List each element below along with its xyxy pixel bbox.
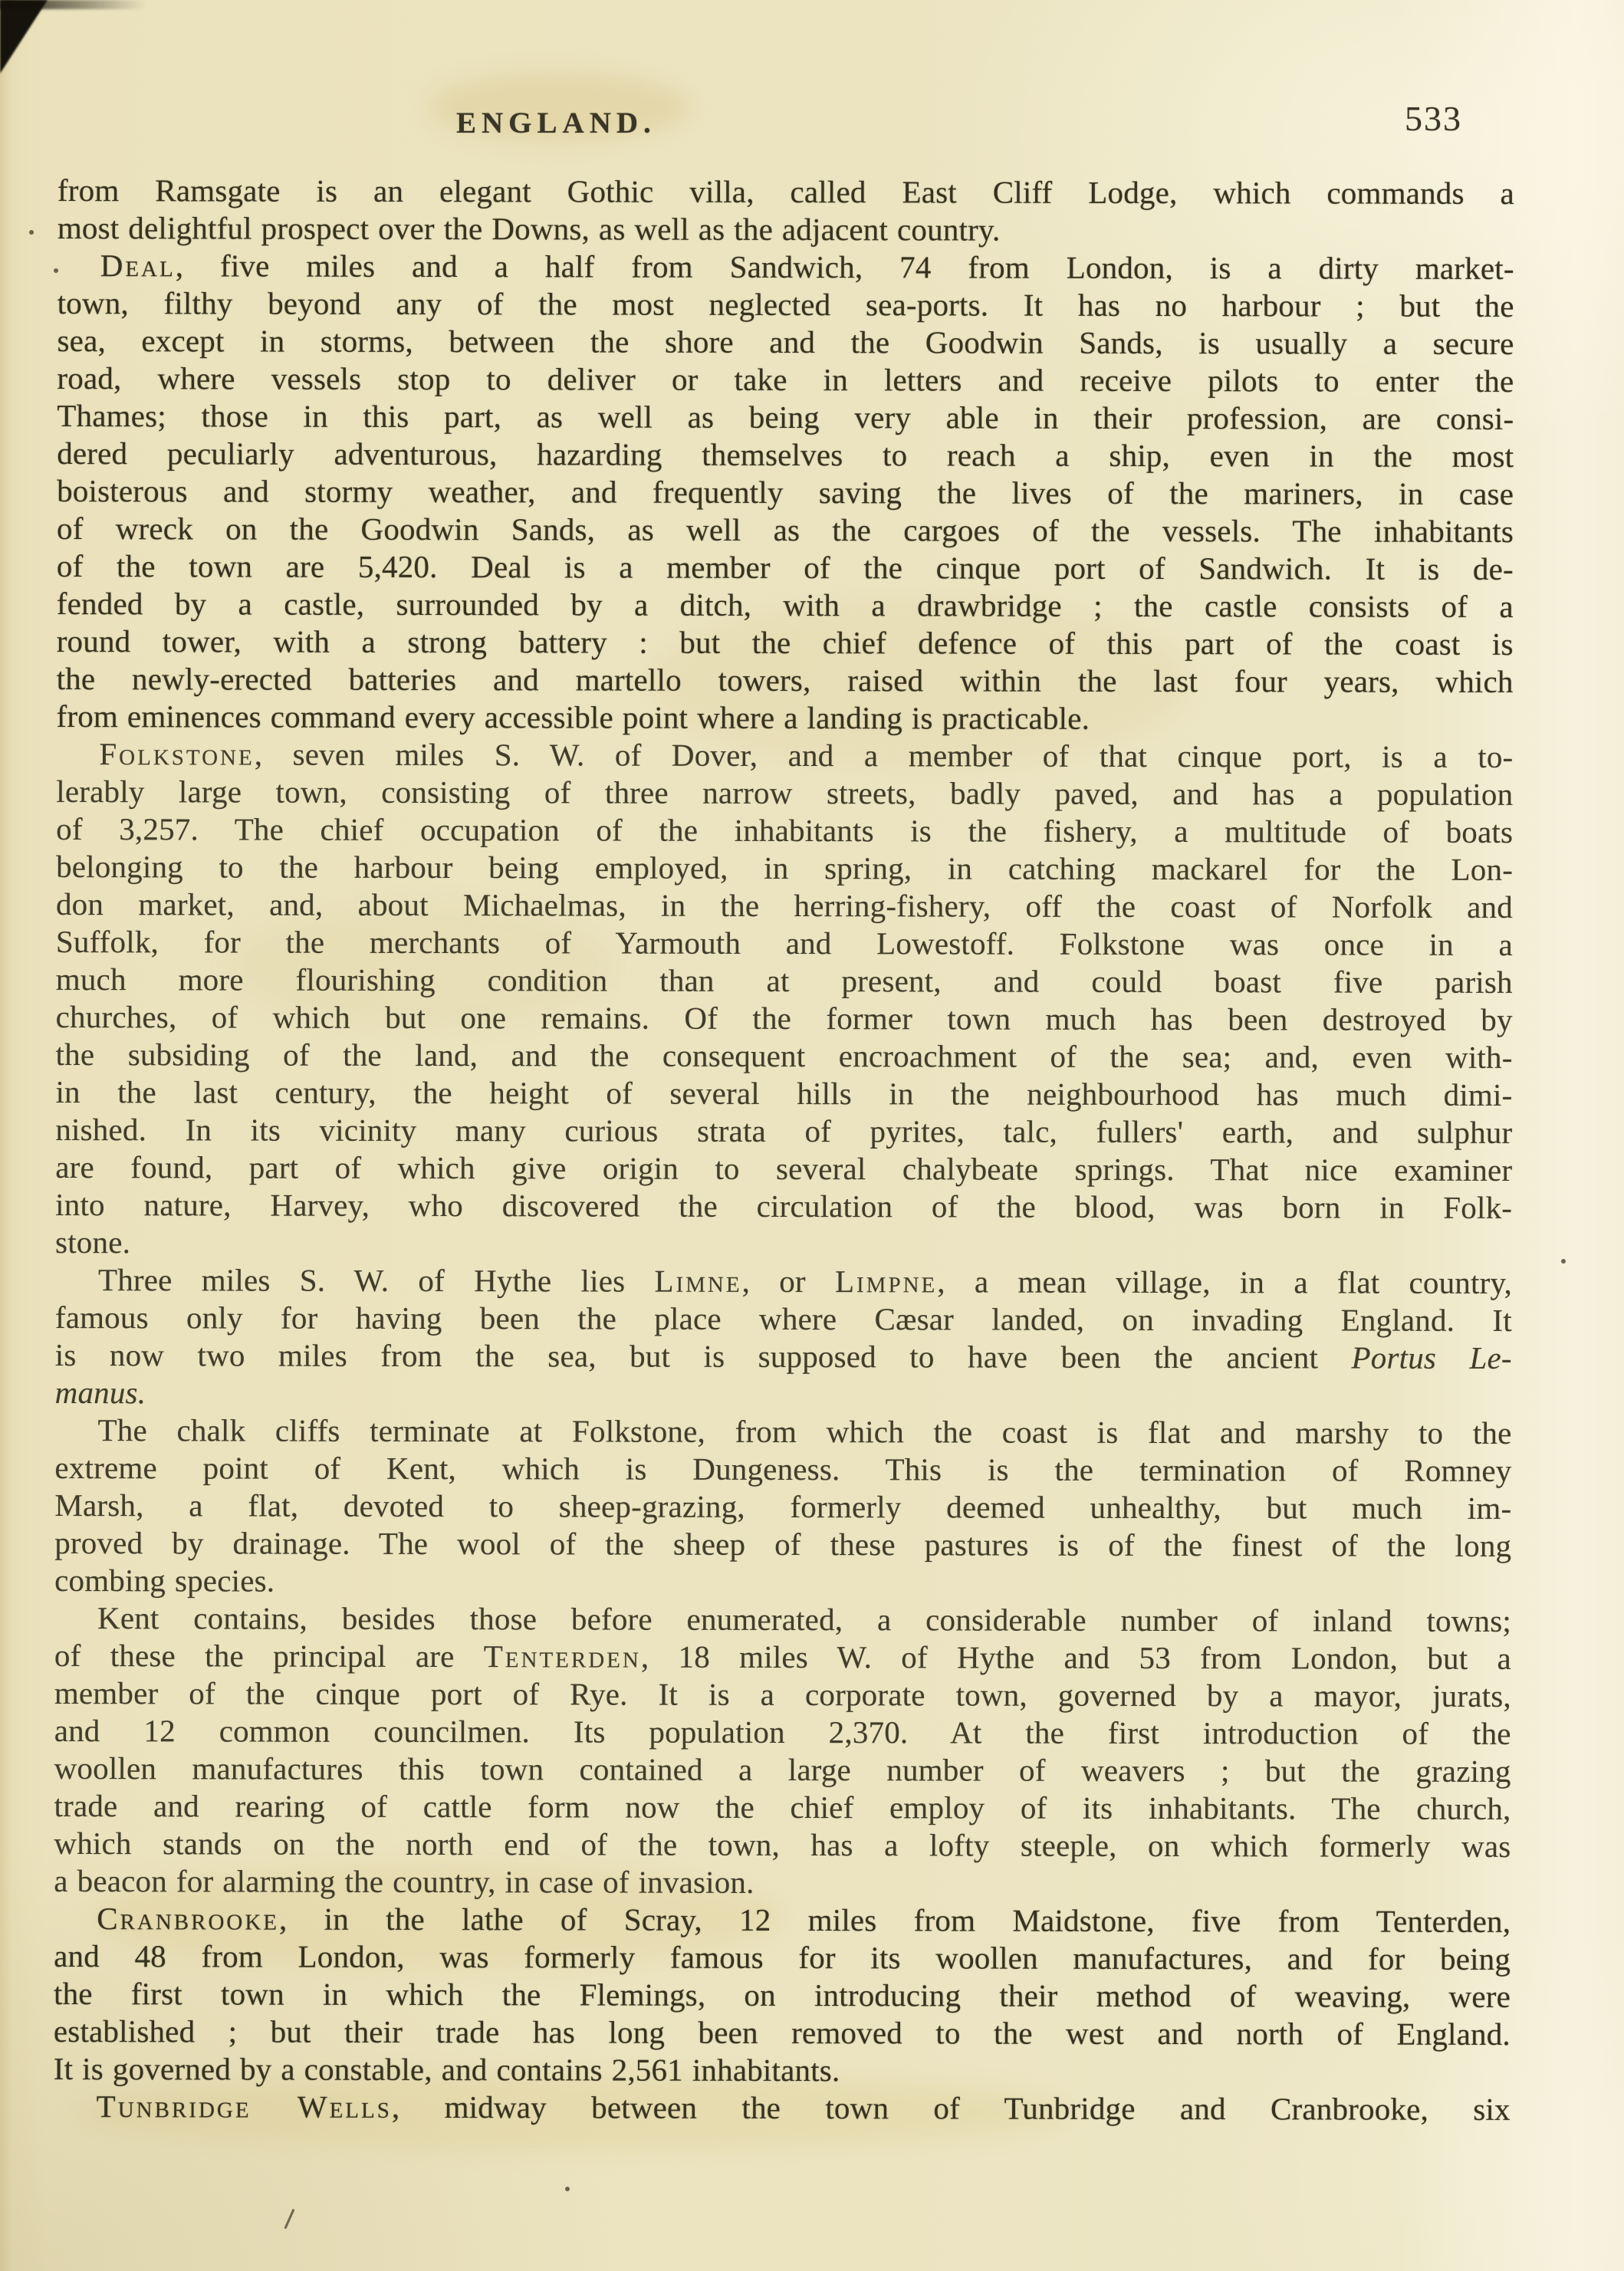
text-line: from Ramsgate is an elegant Gothic villa… [58, 172, 1514, 212]
body-text: sea, except in storms, between the shore… [57, 323, 1514, 361]
body-text: , five miles and a half from Sandwich, 7… [176, 248, 1514, 286]
text-line: from eminences command every accessible … [56, 698, 1513, 738]
text-line: lerably large town, consisting of three … [56, 773, 1513, 813]
text-line: are found, part of which give origin to … [55, 1149, 1512, 1189]
ink-speck [565, 2187, 570, 2191]
body-text: combing species. [54, 1563, 275, 1599]
scanned-book-page: ENGLAND. 533 from Ramsgate is an elegant… [0, 0, 1624, 2271]
body-text: into nature, Harvey, who discovered the … [55, 1187, 1512, 1225]
body-text: , a mean village, in a flat country, [937, 1264, 1512, 1300]
smallcaps-text: Tenterden [484, 1638, 641, 1674]
text-line: round tower, with a strong battery : but… [57, 623, 1514, 663]
body-text: fended by a castle, surrounded by a ditc… [57, 586, 1514, 624]
text-line: extreme point of Kent, which is Dungenes… [54, 1449, 1511, 1490]
paragraph: Three miles S. W. of Hythe lies Limne, o… [55, 1261, 1512, 1415]
body-text: member of the cinque port of Rye. It is … [54, 1675, 1511, 1714]
text-line: established ; but their trade has long b… [54, 2013, 1511, 2053]
text-line: of these the principal are Tenterden, 18… [54, 1637, 1511, 1678]
text-line: proved by drainage. The wool of the shee… [54, 1524, 1511, 1565]
body-text: famous only for having been the place wh… [55, 1300, 1512, 1338]
text-line: sea, except in storms, between the shore… [57, 322, 1514, 363]
body-text: belonging to the harbour being employed,… [56, 849, 1513, 887]
text-line: much more flourishing condition than at … [56, 961, 1513, 1001]
text-line: manus. [55, 1374, 1512, 1415]
page-number: 533 [1405, 98, 1462, 139]
text-line: boisterous and stormy weather, and frequ… [57, 472, 1514, 513]
text-line: Suffolk, for the merchants of Yarmouth a… [56, 923, 1513, 964]
body-text: the subsiding of the land, and the conse… [56, 1037, 1513, 1075]
text-line: member of the cinque port of Rye. It is … [54, 1674, 1511, 1715]
text-line: combing species. [54, 1562, 1511, 1602]
body-text: the first town in which the Flemings, on… [54, 1976, 1511, 2014]
body-text: a beacon for alarming the country, in ca… [54, 1863, 754, 1900]
text-line: the first town in which the Flemings, on… [54, 1975, 1511, 2016]
body-text: , in the lathe of Scray, 12 miles from M… [279, 1901, 1511, 1939]
body-text: boisterous and stormy weather, and frequ… [57, 473, 1514, 511]
body-text: and 12 common councilmen. Its population… [54, 1713, 1511, 1751]
paragraph: Kent contains, besides those before enum… [54, 1599, 1511, 1903]
scan-corner-shadow [0, 0, 48, 74]
body-text: much more flourishing condition than at … [56, 961, 1513, 1000]
running-title: ENGLAND. [456, 106, 656, 140]
body-text: round tower, with a strong battery : but… [57, 623, 1514, 662]
body-text: Three miles S. W. of Hythe lies [98, 1262, 655, 1299]
body-text: It is governed by a constable, and conta… [54, 2051, 840, 2088]
italic-text: Portus Le- [1351, 1340, 1511, 1375]
text-line: stone. [55, 1224, 1512, 1264]
smallcaps-text: Limpne [835, 1264, 937, 1299]
body-text: don market, and, about Michaelmas, in th… [56, 886, 1513, 925]
body-text: of the town are 5,420. Deal is a member … [57, 548, 1514, 587]
body-text: lerably large town, consisting of three … [56, 774, 1513, 812]
text-line: nished. In its vicinity many curious str… [55, 1111, 1512, 1152]
text-line: Thames; those in this part, as well as b… [57, 397, 1514, 438]
body-text: road, where vessels stop to deliver or t… [57, 360, 1514, 399]
body-text: , midway between the town of Tunbridge a… [392, 2089, 1511, 2127]
smallcaps-text: Cranbrooke [97, 1901, 279, 1936]
text-line: famous only for having been the place wh… [55, 1299, 1512, 1339]
body-text: established ; but their trade has long b… [54, 2013, 1511, 2052]
text-line: which stands on the north end of the tow… [54, 1825, 1511, 1865]
body-text: , 18 miles W. of Hythe and 53 from Londo… [641, 1639, 1511, 1676]
text-line: road, where vessels stop to deliver or t… [57, 360, 1514, 400]
italic-text: manus. [55, 1375, 146, 1410]
body-text: in the last century, the height of sever… [55, 1074, 1512, 1112]
text-line: woollen manufactures this town contained… [54, 1750, 1511, 1790]
text-line: Cranbrooke, in the lathe of Scray, 12 mi… [54, 1900, 1511, 1941]
text-line: most delightful prospect over the Downs,… [58, 209, 1514, 250]
body-text: extreme point of Kent, which is Dungenes… [54, 1450, 1511, 1488]
text-line: of 3,257. The chief occupation of the in… [56, 810, 1513, 851]
text-line: is now two miles from the sea, but is su… [55, 1336, 1512, 1377]
text-line: It is governed by a constable, and conta… [54, 2050, 1511, 2091]
paragraph: from Ramsgate is an elegant Gothic villa… [58, 172, 1514, 250]
body-text: , seven miles S. W. of Dover, and a memb… [255, 737, 1514, 774]
text-line: and 12 common councilmen. Its population… [54, 1712, 1511, 1753]
page-text: from Ramsgate is an elegant Gothic villa… [54, 172, 1514, 2128]
text-line: don market, and, about Michaelmas, in th… [56, 886, 1513, 926]
text-line: the newly-erected batteries and martello… [57, 660, 1514, 701]
body-text: , or [742, 1264, 835, 1299]
body-text: trade and rearing of cattle form now the… [54, 1788, 1511, 1826]
body-text: dered peculiarly adventurous, hazarding … [57, 435, 1514, 474]
text-line: in the last century, the height of sever… [55, 1073, 1512, 1114]
body-text: town, filthy beyond any of the most negl… [58, 285, 1514, 324]
text-line: the subsiding of the land, and the conse… [56, 1036, 1513, 1076]
text-line: a beacon for alarming the country, in ca… [54, 1862, 1511, 1903]
paragraph: Cranbrooke, in the lathe of Scray, 12 mi… [54, 1900, 1511, 2091]
text-line: belonging to the harbour being employed,… [56, 848, 1513, 889]
smallcaps-text: Folkstone [99, 736, 254, 771]
body-text: which stands on the north end of the tow… [54, 1826, 1511, 1864]
body-text: most delightful prospect over the Downs,… [58, 210, 1001, 248]
text-line: Three miles S. W. of Hythe lies Limne, o… [55, 1261, 1512, 1302]
text-line: fended by a castle, surrounded by a ditc… [57, 585, 1514, 626]
text-line: into nature, Harvey, who discovered the … [55, 1186, 1512, 1227]
body-text: the newly-erected batteries and martello… [57, 661, 1514, 699]
text-line: town, filthy beyond any of the most negl… [58, 284, 1514, 325]
body-text: churches, of which but one remains. Of t… [56, 999, 1513, 1037]
ink-speck [1561, 1259, 1566, 1264]
ink-speck [284, 2209, 294, 2230]
text-line: Folkstone, seven miles S. W. of Dover, a… [56, 735, 1513, 776]
body-text: from eminences command every accessible … [56, 698, 1090, 736]
text-line: churches, of which but one remains. Of t… [56, 998, 1513, 1039]
text-line: Kent contains, besides those before enum… [54, 1599, 1511, 1640]
body-text: Kent contains, besides those before enum… [97, 1600, 1511, 1638]
text-line: of wreck on the Goodwin Sands, as well a… [57, 510, 1514, 550]
body-text: The chalk cliffs terminate at Folkstone,… [98, 1412, 1512, 1451]
text-line: Deal, five miles and a half from Sandwic… [58, 247, 1514, 288]
body-text: proved by drainage. The wool of the shee… [54, 1525, 1511, 1563]
text-line: Tunbridge Wells, midway between the town… [54, 2088, 1511, 2128]
smallcaps-text: Limne [654, 1264, 741, 1299]
smallcaps-text: Deal [100, 248, 176, 283]
paragraph: Tunbridge Wells, midway between the town… [54, 2088, 1511, 2128]
body-text: of wreck on the Goodwin Sands, as well a… [57, 511, 1514, 549]
paragraph: Deal, five miles and a half from Sandwic… [56, 247, 1514, 738]
body-text: of 3,257. The chief occupation of the in… [56, 811, 1513, 850]
page-header: ENGLAND. 533 [58, 98, 1514, 152]
body-text: is now two miles from the sea, but is su… [55, 1337, 1352, 1375]
paragraph: The chalk cliffs terminate at Folkstone,… [54, 1412, 1512, 1602]
body-text: Thames; those in this part, as well as b… [57, 398, 1514, 436]
body-text: and 48 from London, was formerly famous … [54, 1938, 1511, 1977]
body-text: stone. [55, 1224, 130, 1260]
text-line: and 48 from London, was formerly famous … [54, 1937, 1511, 1978]
text-line: Marsh, a flat, devoted to sheep-grazing,… [54, 1487, 1511, 1527]
body-text: Marsh, a flat, devoted to sheep-grazing,… [54, 1487, 1511, 1526]
body-text: from Ramsgate is an elegant Gothic villa… [58, 173, 1514, 211]
text-line: dered peculiarly adventurous, hazarding … [57, 435, 1514, 475]
body-text: woollen manufactures this town contained… [54, 1750, 1511, 1789]
body-text: Suffolk, for the merchants of Yarmouth a… [56, 924, 1513, 962]
paragraph: Folkstone, seven miles S. W. of Dover, a… [55, 735, 1513, 1264]
text-line: The chalk cliffs terminate at Folkstone,… [55, 1412, 1512, 1452]
text-line: trade and rearing of cattle form now the… [54, 1787, 1511, 1828]
text-line: of the town are 5,420. Deal is a member … [57, 547, 1514, 588]
body-text: of these the principal are [54, 1638, 484, 1674]
body-text: are found, part of which give origin to … [55, 1149, 1512, 1188]
smallcaps-text: Tunbridge Wells [97, 2089, 392, 2125]
scan-edge-shadow [0, 0, 146, 9]
ink-speck [29, 230, 34, 235]
body-text: nished. In its vicinity many curious str… [55, 1112, 1512, 1150]
